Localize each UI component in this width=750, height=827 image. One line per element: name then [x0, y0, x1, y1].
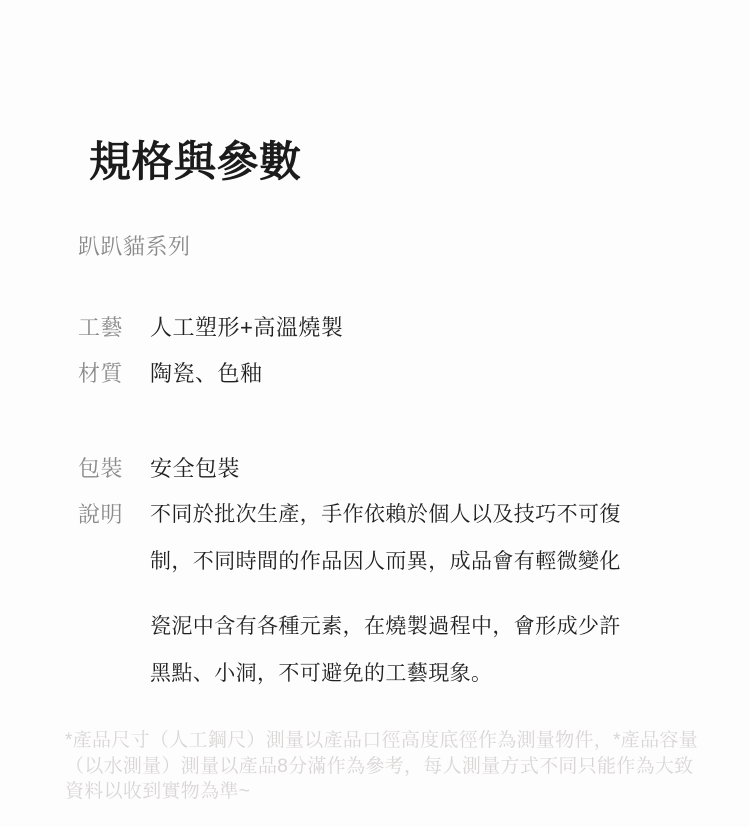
product-spec-page: 規格與參數 趴趴貓系列 工藝 人工塑形+高溫燒製 材質 陶瓷、色釉 包裝 安全包…: [0, 0, 750, 827]
section-title: 規格與參數: [89, 136, 302, 188]
spec-label-description: 說明: [78, 491, 150, 530]
description-text: 不同於批次生產，手作依賴於個人以及技巧不可復制，不同時間的作品因人而異，成品會有…: [150, 491, 632, 697]
spec-value-material: 陶瓷、色釉: [150, 359, 263, 389]
description-paragraph-2: 瓷泥中含有各種元素，在燒製過程中，會形成少許黑點、小洞，不可避免的工藝現象。: [150, 603, 632, 697]
spec-label-craft: 工藝: [78, 313, 150, 343]
spec-value-craft: 人工塑形+高溫燒製: [150, 313, 343, 343]
spec-row-package: 包裝 安全包裝: [78, 454, 240, 484]
spec-row-craft: 工藝 人工塑形+高溫燒製: [78, 313, 343, 343]
spec-row-material: 材質 陶瓷、色釉: [78, 359, 263, 389]
spec-row-description: 說明 不同於批次生產，手作依賴於個人以及技巧不可復制，不同時間的作品因人而異，成…: [78, 491, 632, 697]
description-paragraph-1: 不同於批次生產，手作依賴於個人以及技巧不可復制，不同時間的作品因人而異，成品會有…: [150, 491, 632, 585]
measurement-disclaimer: *產品尺寸（人工鋼尺）測量以產品口徑高度底徑作為測量物件，*產品容量（以水測量）…: [65, 728, 705, 805]
series-name: 趴趴貓系列: [78, 232, 191, 262]
spec-value-package: 安全包裝: [150, 454, 240, 484]
spec-label-material: 材質: [78, 359, 150, 389]
spec-label-package: 包裝: [78, 454, 150, 484]
